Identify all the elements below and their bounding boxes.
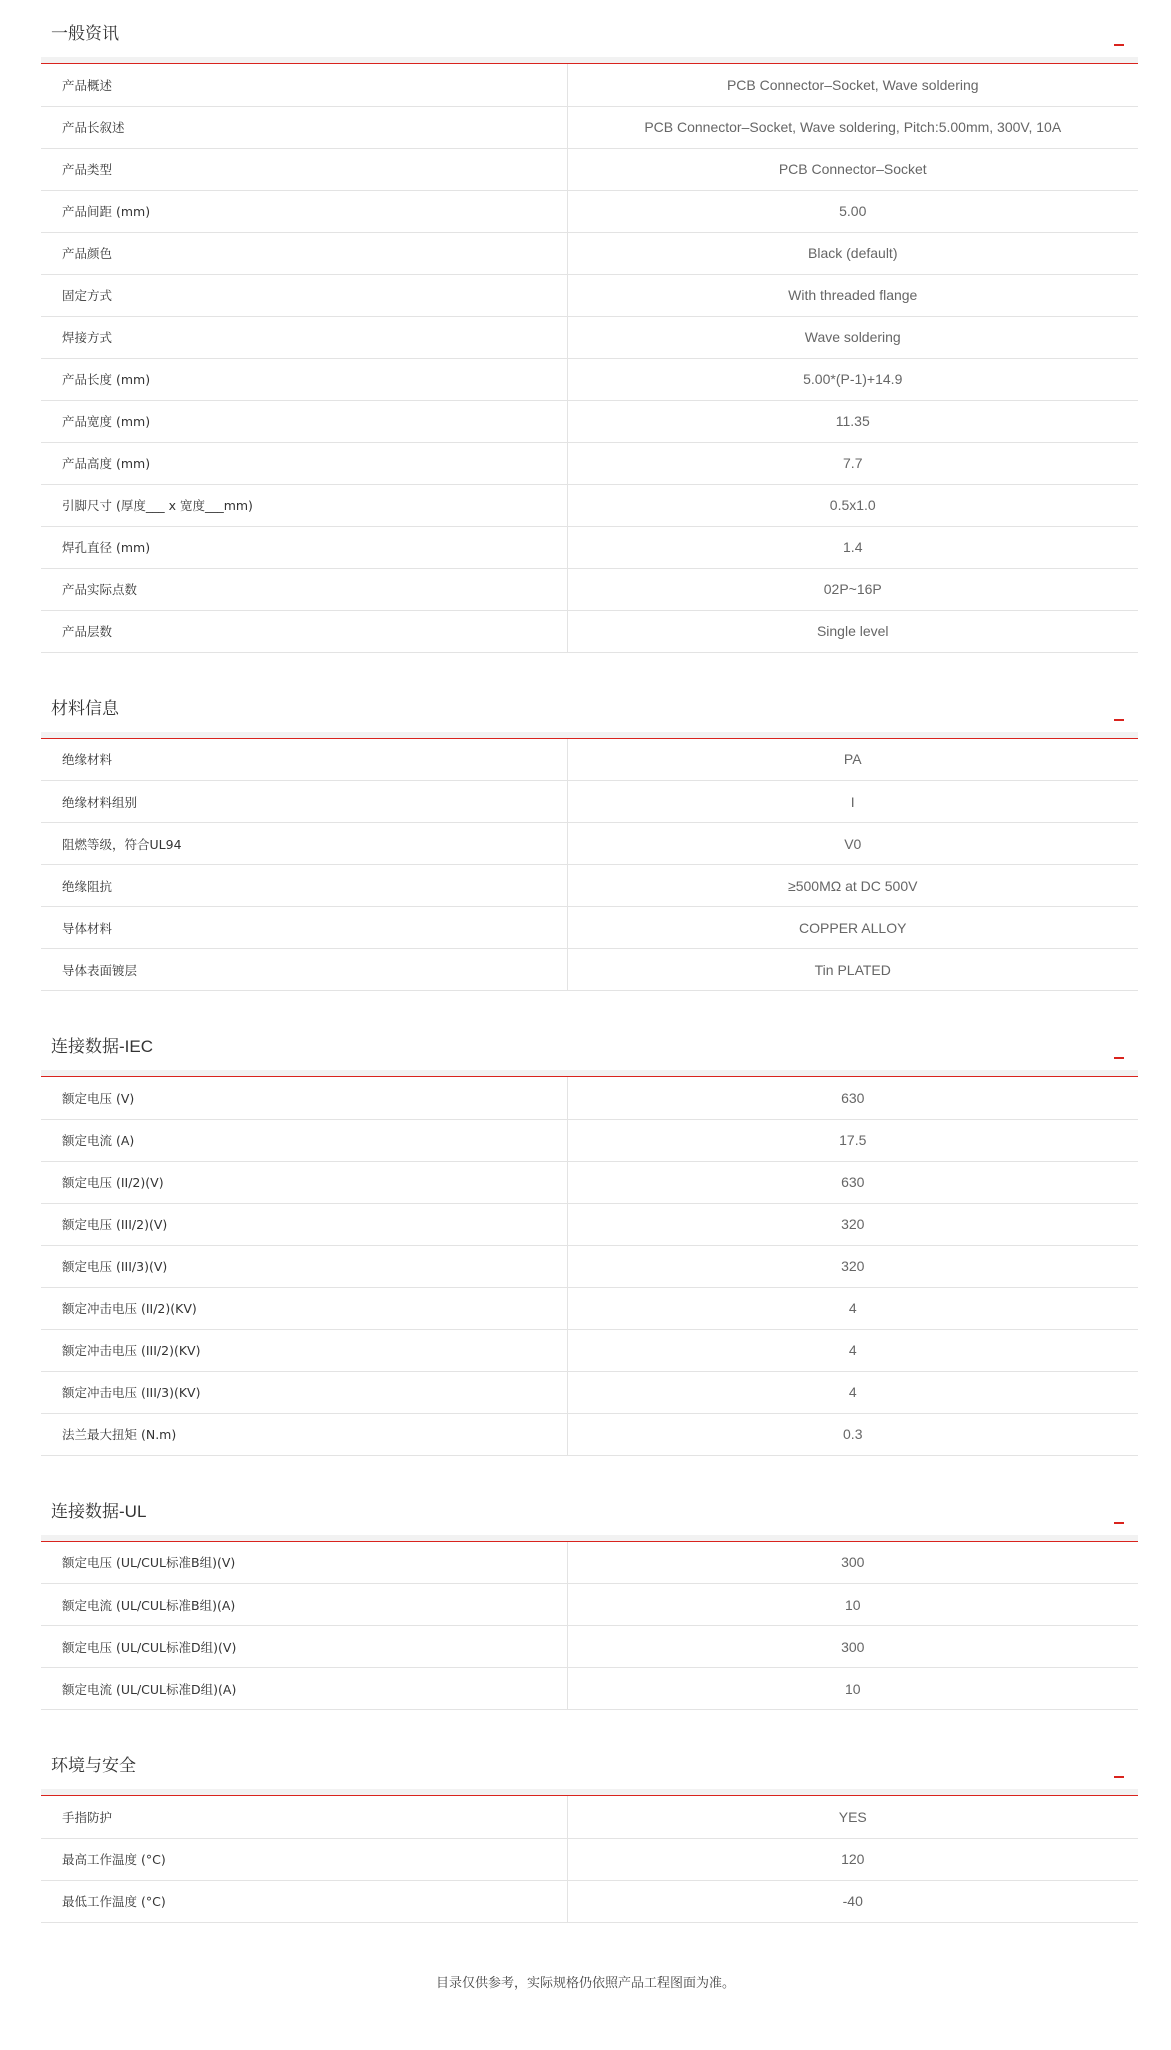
row-value: 02P~16P — [567, 568, 1138, 610]
row-value: 300 — [567, 1626, 1138, 1668]
row-value: 5.00*(P-1)+14.9 — [567, 358, 1138, 400]
table-row: 绝缘材料组别I — [41, 781, 1138, 823]
section-connection-iec: 连接数据-IEC 额定电压 (V)630 额定电流 (A)17.5 额定电压 (… — [41, 1013, 1138, 1456]
row-value: 120 — [567, 1838, 1138, 1880]
row-value: PCB Connector–Socket — [567, 148, 1138, 190]
row-value: Black (default) — [567, 232, 1138, 274]
table-row: 焊接方式Wave soldering — [41, 316, 1138, 358]
section-general-info: 一般资讯 产品概述PCB Connector–Socket, Wave sold… — [41, 0, 1138, 653]
row-label: 产品高度 (mm) — [41, 442, 567, 484]
table-row: 产品高度 (mm)7.7 — [41, 442, 1138, 484]
accent-divider — [41, 1076, 1138, 1077]
table-row: 导体表面镀层Tin PLATED — [41, 949, 1138, 991]
row-label: 绝缘阻抗 — [41, 865, 567, 907]
section-header: 连接数据-IEC — [41, 1013, 1138, 1077]
table-row: 绝缘阻抗≥500MΩ at DC 500V — [41, 865, 1138, 907]
accent-divider — [41, 1541, 1138, 1542]
accent-divider — [41, 1795, 1138, 1796]
minus-icon — [1114, 44, 1124, 46]
table-row: 额定电流 (UL/CUL标准B组)(A)10 — [41, 1584, 1138, 1626]
section-title: 连接数据-IEC — [51, 1036, 153, 1058]
row-label: 额定冲击电压 (III/2)(KV) — [41, 1329, 567, 1371]
row-value: I — [567, 781, 1138, 823]
row-label: 导体表面镀层 — [41, 949, 567, 991]
table-row: 额定电压 (UL/CUL标准B组)(V)300 — [41, 1542, 1138, 1584]
row-value: 0.3 — [567, 1413, 1138, 1455]
table-row: 引脚尺寸 (厚度___ x 宽度___mm)0.5x1.0 — [41, 484, 1138, 526]
collapse-button[interactable] — [1112, 1051, 1126, 1065]
minus-icon — [1114, 1776, 1124, 1778]
row-value: 4 — [567, 1287, 1138, 1329]
table-row: 产品长叙述PCB Connector–Socket, Wave solderin… — [41, 106, 1138, 148]
spec-table: 额定电压 (V)630 额定电流 (A)17.5 额定电压 (II/2)(V)6… — [41, 1077, 1138, 1456]
row-value: ≥500MΩ at DC 500V — [567, 865, 1138, 907]
row-value: Wave soldering — [567, 316, 1138, 358]
section-header: 材料信息 — [41, 675, 1138, 739]
row-value: -40 — [567, 1880, 1138, 1922]
section-environment-safety: 环境与安全 手指防护YES 最高工作温度 (°C)120 最低工作温度 (°C)… — [41, 1732, 1138, 1923]
row-label: 引脚尺寸 (厚度___ x 宽度___mm) — [41, 484, 567, 526]
row-label: 最高工作温度 (°C) — [41, 1838, 567, 1880]
row-label: 额定电压 (UL/CUL标准D组)(V) — [41, 1626, 567, 1668]
row-label: 额定冲击电压 (II/2)(KV) — [41, 1287, 567, 1329]
section-title: 一般资讯 — [51, 23, 119, 45]
table-row: 额定电流 (A)17.5 — [41, 1119, 1138, 1161]
row-value: YES — [567, 1796, 1138, 1838]
row-label: 法兰最大扭矩 (N.m) — [41, 1413, 567, 1455]
table-row: 产品颜色Black (default) — [41, 232, 1138, 274]
row-label: 产品层数 — [41, 610, 567, 652]
row-label: 额定电流 (UL/CUL标准B组)(A) — [41, 1584, 567, 1626]
row-value: 11.35 — [567, 400, 1138, 442]
section-connection-ul: 连接数据-UL 额定电压 (UL/CUL标准B组)(V)300 额定电流 (UL… — [41, 1478, 1138, 1711]
spec-table: 产品概述PCB Connector–Socket, Wave soldering… — [41, 64, 1138, 653]
row-label: 产品长叙述 — [41, 106, 567, 148]
section-title: 材料信息 — [51, 698, 119, 720]
row-label: 绝缘材料组别 — [41, 781, 567, 823]
table-row: 阻燃等级，符合UL94V0 — [41, 823, 1138, 865]
row-label: 焊接方式 — [41, 316, 567, 358]
table-row: 导体材料COPPER ALLOY — [41, 907, 1138, 949]
table-row: 额定电压 (V)630 — [41, 1077, 1138, 1119]
row-value: 4 — [567, 1329, 1138, 1371]
section-title: 连接数据-UL — [51, 1501, 146, 1523]
table-row: 额定电流 (UL/CUL标准D组)(A)10 — [41, 1668, 1138, 1710]
row-label: 产品间距 (mm) — [41, 190, 567, 232]
table-row: 最低工作温度 (°C)-40 — [41, 1880, 1138, 1922]
table-row: 最高工作温度 (°C)120 — [41, 1838, 1138, 1880]
row-value: 0.5x1.0 — [567, 484, 1138, 526]
row-label: 产品宽度 (mm) — [41, 400, 567, 442]
row-label: 额定电流 (UL/CUL标准D组)(A) — [41, 1668, 567, 1710]
row-value: Tin PLATED — [567, 949, 1138, 991]
table-row: 额定冲击电压 (II/2)(KV)4 — [41, 1287, 1138, 1329]
row-value: 320 — [567, 1245, 1138, 1287]
row-value: V0 — [567, 823, 1138, 865]
spec-table: 绝缘材料PA 绝缘材料组别I 阻燃等级，符合UL94V0 绝缘阻抗≥500MΩ … — [41, 739, 1138, 992]
row-label: 产品类型 — [41, 148, 567, 190]
table-row: 产品类型PCB Connector–Socket — [41, 148, 1138, 190]
minus-icon — [1114, 719, 1124, 721]
section-header: 一般资讯 — [41, 0, 1138, 64]
row-value: PCB Connector–Socket, Wave soldering — [567, 64, 1138, 106]
table-row: 额定电压 (UL/CUL标准D组)(V)300 — [41, 1626, 1138, 1668]
row-label: 阻燃等级，符合UL94 — [41, 823, 567, 865]
section-header: 环境与安全 — [41, 1732, 1138, 1796]
row-value: 1.4 — [567, 526, 1138, 568]
accent-divider — [41, 63, 1138, 64]
table-row: 产品概述PCB Connector–Socket, Wave soldering — [41, 64, 1138, 106]
table-row: 额定冲击电压 (III/2)(KV)4 — [41, 1329, 1138, 1371]
row-label: 额定电压 (V) — [41, 1077, 567, 1119]
row-value: 7.7 — [567, 442, 1138, 484]
minus-icon — [1114, 1522, 1124, 1524]
row-label: 额定电压 (UL/CUL标准B组)(V) — [41, 1542, 567, 1584]
table-row: 手指防护YES — [41, 1796, 1138, 1838]
row-label: 产品颜色 — [41, 232, 567, 274]
row-label: 最低工作温度 (°C) — [41, 1880, 567, 1922]
row-label: 绝缘材料 — [41, 739, 567, 781]
table-row: 产品间距 (mm)5.00 — [41, 190, 1138, 232]
row-label: 额定电流 (A) — [41, 1119, 567, 1161]
section-header: 连接数据-UL — [41, 1478, 1138, 1542]
row-label: 导体材料 — [41, 907, 567, 949]
row-value: 10 — [567, 1668, 1138, 1710]
disclaimer-note: 目录仅供参考，实际规格仍依照产品工程图面为准。 — [0, 1972, 1171, 1991]
section-material-info: 材料信息 绝缘材料PA 绝缘材料组别I 阻燃等级，符合UL94V0 绝缘阻抗≥5… — [41, 675, 1138, 992]
section-title: 环境与安全 — [51, 1755, 136, 1777]
spec-table: 额定电压 (UL/CUL标准B组)(V)300 额定电流 (UL/CUL标准B组… — [41, 1542, 1138, 1711]
collapse-button[interactable] — [1112, 1516, 1126, 1530]
row-value: PA — [567, 739, 1138, 781]
minus-icon — [1114, 1057, 1124, 1059]
row-value: Single level — [567, 610, 1138, 652]
row-label: 固定方式 — [41, 274, 567, 316]
row-label: 产品长度 (mm) — [41, 358, 567, 400]
table-row: 额定电压 (II/2)(V)630 — [41, 1161, 1138, 1203]
row-value: 10 — [567, 1584, 1138, 1626]
row-value: 300 — [567, 1542, 1138, 1584]
table-row: 额定冲击电压 (III/3)(KV)4 — [41, 1371, 1138, 1413]
row-value: 630 — [567, 1077, 1138, 1119]
table-row: 绝缘材料PA — [41, 739, 1138, 781]
row-value: 630 — [567, 1161, 1138, 1203]
table-row: 额定电压 (III/3)(V)320 — [41, 1245, 1138, 1287]
row-value: 5.00 — [567, 190, 1138, 232]
row-label: 额定冲击电压 (III/3)(KV) — [41, 1371, 567, 1413]
row-value: 4 — [567, 1371, 1138, 1413]
row-value: 17.5 — [567, 1119, 1138, 1161]
row-value: With threaded flange — [567, 274, 1138, 316]
accent-divider — [41, 738, 1138, 739]
row-label: 焊孔直径 (mm) — [41, 526, 567, 568]
row-label: 产品实际点数 — [41, 568, 567, 610]
collapse-button[interactable] — [1112, 713, 1126, 727]
row-label: 手指防护 — [41, 1796, 567, 1838]
collapse-button[interactable] — [1112, 38, 1126, 52]
table-row: 产品长度 (mm)5.00*(P-1)+14.9 — [41, 358, 1138, 400]
row-label: 额定电压 (II/2)(V) — [41, 1161, 567, 1203]
spec-table: 手指防护YES 最高工作温度 (°C)120 最低工作温度 (°C)-40 — [41, 1796, 1138, 1923]
table-row: 额定电压 (III/2)(V)320 — [41, 1203, 1138, 1245]
collapse-button[interactable] — [1112, 1770, 1126, 1784]
row-label: 额定电压 (III/2)(V) — [41, 1203, 567, 1245]
table-row: 焊孔直径 (mm)1.4 — [41, 526, 1138, 568]
table-row: 产品层数Single level — [41, 610, 1138, 652]
table-row: 法兰最大扭矩 (N.m)0.3 — [41, 1413, 1138, 1455]
table-row: 固定方式With threaded flange — [41, 274, 1138, 316]
row-value: COPPER ALLOY — [567, 907, 1138, 949]
row-label: 额定电压 (III/3)(V) — [41, 1245, 567, 1287]
spec-page: 一般资讯 产品概述PCB Connector–Socket, Wave sold… — [41, 0, 1138, 1923]
row-value: PCB Connector–Socket, Wave soldering, Pi… — [567, 106, 1138, 148]
table-row: 产品宽度 (mm)11.35 — [41, 400, 1138, 442]
table-row: 产品实际点数02P~16P — [41, 568, 1138, 610]
row-label: 产品概述 — [41, 64, 567, 106]
row-value: 320 — [567, 1203, 1138, 1245]
